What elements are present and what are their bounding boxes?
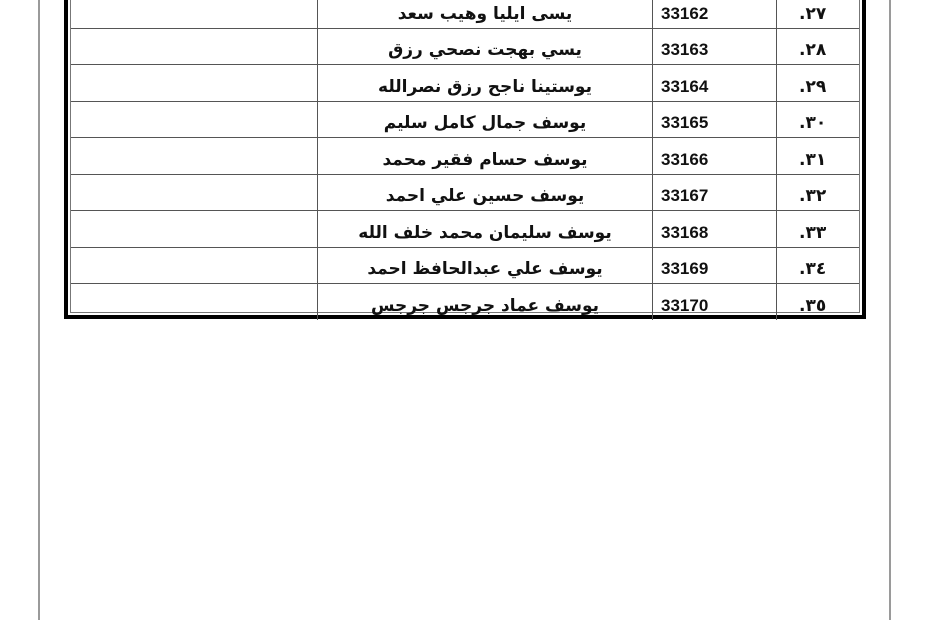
table-row: ٣٣. 33168 يوسف سليمان محمد خلف الله (71, 211, 859, 248)
table-row: ٢٧. 33162 يسى ايليا وهيب سعد (71, 0, 859, 28)
table-row: ٣١. 33166 يوسف حسام فقير محمد (71, 138, 859, 175)
student-name: يوسف علي عبدالحافظ احمد (318, 247, 653, 284)
student-table: ٢٧. 33162 يسى ايليا وهيب سعد ٢٨. 33163 ي… (71, 0, 859, 320)
blank-cell (71, 284, 318, 320)
student-code: 33162 (653, 0, 777, 28)
blank-cell (71, 138, 318, 175)
blank-cell (71, 0, 318, 28)
student-code: 33170 (653, 284, 777, 320)
table-row: ٣٤. 33169 يوسف علي عبدالحافظ احمد (71, 247, 859, 284)
page-border-right (889, 0, 891, 620)
student-code: 33169 (653, 247, 777, 284)
table-row: ٢٨. 33163 يسي بهجت نصحي رزق (71, 28, 859, 65)
student-name: يوسف حسام فقير محمد (318, 138, 653, 175)
row-index: ٣٣. (777, 211, 860, 248)
row-index: ٢٧. (777, 0, 860, 28)
blank-cell (71, 101, 318, 138)
student-code: 33163 (653, 28, 777, 65)
blank-cell (71, 174, 318, 211)
table-row: ٣٢. 33167 يوسف حسين علي احمد (71, 174, 859, 211)
blank-cell (71, 211, 318, 248)
student-name: يسي بهجت نصحي رزق (318, 28, 653, 65)
student-name: يوسف جمال كامل سليم (318, 101, 653, 138)
blank-cell (71, 247, 318, 284)
student-name: يوستينا ناجح رزق نصرالله (318, 65, 653, 102)
table-row: ٣٥. 33170 يوسف عماد جرجس جرجس (71, 284, 859, 320)
student-code: 33164 (653, 65, 777, 102)
row-index: ٣١. (777, 138, 860, 175)
student-name: يوسف سليمان محمد خلف الله (318, 211, 653, 248)
table-row: ٢٩. 33164 يوستينا ناجح رزق نصرالله (71, 65, 859, 102)
blank-cell (71, 28, 318, 65)
table-inner-border: ٢٧. 33162 يسى ايليا وهيب سعد ٢٨. 33163 ي… (70, 0, 860, 313)
row-index: ٢٩. (777, 65, 860, 102)
row-index: ٣٢. (777, 174, 860, 211)
page-border-left (38, 0, 40, 620)
blank-cell (71, 65, 318, 102)
student-table-frame: ٢٧. 33162 يسى ايليا وهيب سعد ٢٨. 33163 ي… (64, 0, 866, 319)
student-name: يوسف عماد جرجس جرجس (318, 284, 653, 320)
table-row: ٣٠. 33165 يوسف جمال كامل سليم (71, 101, 859, 138)
student-name: يسى ايليا وهيب سعد (318, 0, 653, 28)
row-index: ٣٤. (777, 247, 860, 284)
student-code: 33167 (653, 174, 777, 211)
student-code: 33165 (653, 101, 777, 138)
student-name: يوسف حسين علي احمد (318, 174, 653, 211)
student-code: 33168 (653, 211, 777, 248)
student-code: 33166 (653, 138, 777, 175)
row-index: ٣٠. (777, 101, 860, 138)
row-index: ٣٥. (777, 284, 860, 320)
row-index: ٢٨. (777, 28, 860, 65)
